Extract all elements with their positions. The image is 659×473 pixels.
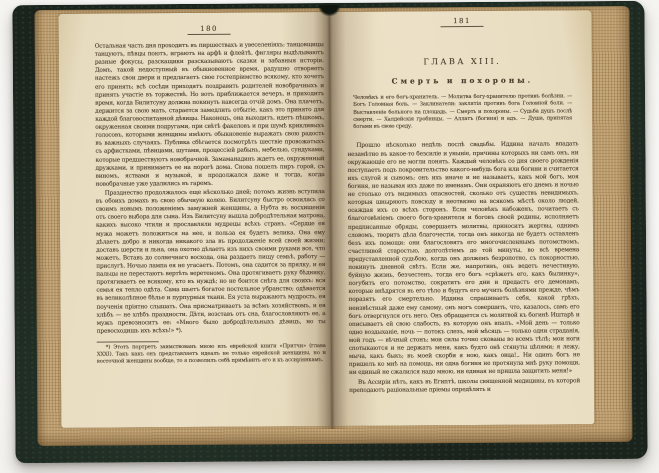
open-book: 180 Остальная часть дня проходитъ въ пир… [12, 1, 647, 463]
book-photo: 180 Остальная часть дня проходитъ въ пир… [0, 0, 659, 473]
right-paragraph-2: Въ Ассиріи нѣтъ, какъ въ Египтѣ, школы с… [349, 377, 580, 395]
footnote: *) Этотъ портретъ заимствованъ мною изъ … [97, 343, 326, 366]
left-page-number: 180 [95, 24, 324, 36]
left-paragraph-1: Остальная часть дня проходитъ въ пиршест… [95, 41, 325, 189]
footnote-rule [97, 341, 159, 342]
chapter-heading: ГЛАВА XIII. [347, 56, 578, 67]
left-page-content: 180 Остальная часть дня проходитъ въ пир… [95, 24, 326, 366]
right-page-content: 181 ГЛАВА XIII. Смерть и похороны. Челов… [347, 16, 581, 394]
chapter-title: Смерть и похороны. [347, 75, 578, 86]
right-paragraph-1: Прошло нѣсколько недѣль послѣ свадьбы. И… [347, 141, 580, 378]
chapter-epigraph: Человѣкъ и его богъ-хранитель. — Молитва… [353, 93, 572, 131]
right-page-number-text: 181 [440, 17, 484, 27]
right-page-number: 181 [347, 16, 578, 28]
left-page-number-text: 180 [187, 25, 231, 35]
left-paragraph-2: Празднество продолжалось еще нѣсколько д… [96, 188, 326, 336]
